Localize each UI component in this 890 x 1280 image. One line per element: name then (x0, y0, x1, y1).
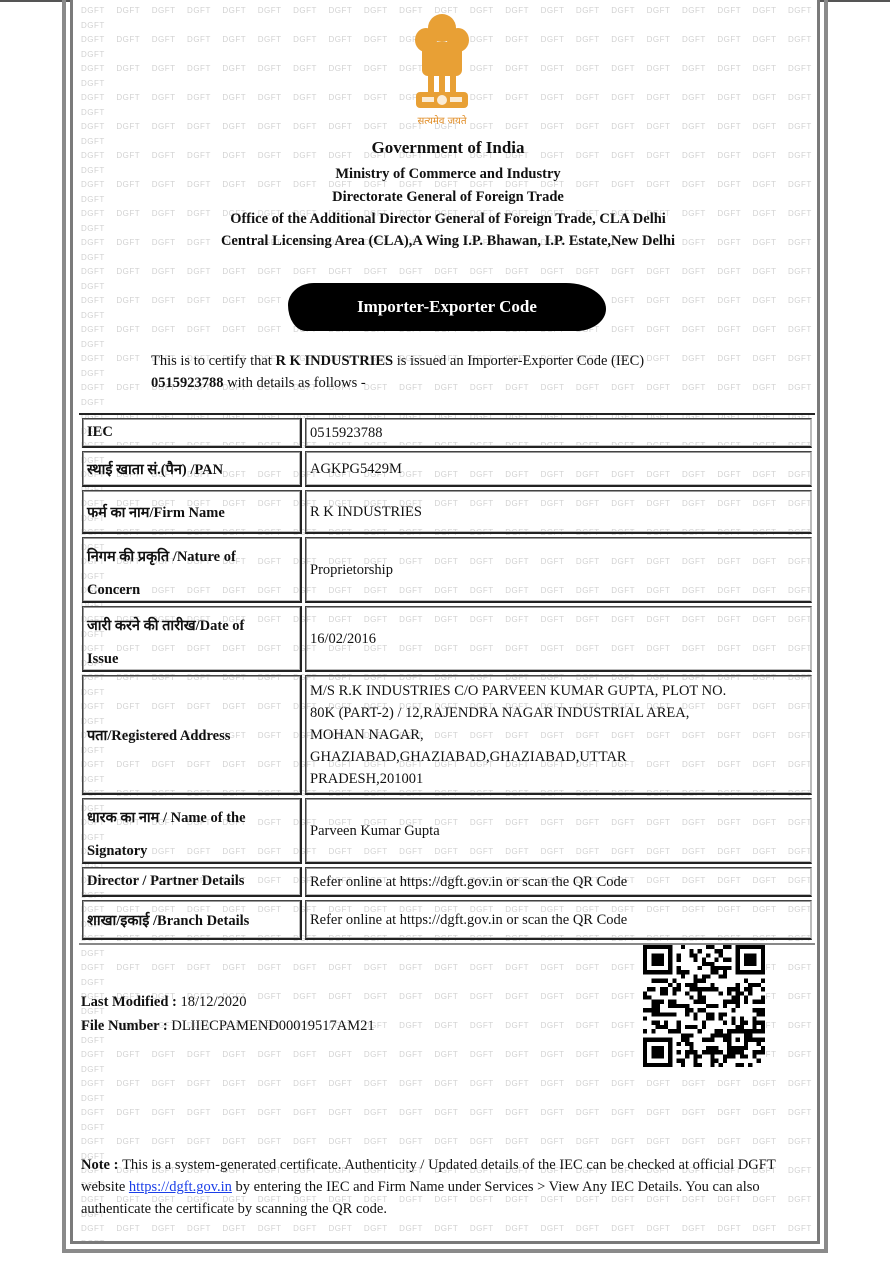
header-office: Office of the Additional Director Genera… (73, 211, 820, 228)
field-label-line: Signatory (87, 843, 147, 860)
field-label: फर्म का नाम/Firm Name (82, 490, 302, 534)
table-row: शाखा/इकाई /Branch DetailsRefer online at… (82, 900, 812, 940)
field-value-line: M/S R.K INDUSTRIES C/O PARVEEN KUMAR GUP… (310, 680, 726, 702)
field-label: स्थाई खाता सं.(पैन) /PAN (82, 451, 302, 487)
header-government: Government of India (73, 138, 820, 158)
field-label: पता/Registered Address (82, 675, 302, 795)
field-label-line: धारक का नाम / Name of the (87, 807, 246, 827)
table-row: धारक का नाम / Name of theSignatoryParvee… (82, 798, 812, 864)
certify-firm-name: R K INDUSTRIES (275, 353, 393, 369)
last-modified-value: 18/12/2020 (180, 994, 246, 1010)
field-value: 16/02/2016 (305, 606, 812, 672)
certify-suffix: with details as follows - (224, 375, 366, 391)
last-modified: Last Modified : 18/12/2020 (81, 994, 247, 1011)
state-emblem-icon: सत्यमेव जयते (402, 6, 482, 130)
field-label: Director / Partner Details (82, 867, 302, 897)
field-label-line: Issue (87, 651, 118, 668)
field-value-line: 80K (PART-2) / 12,RAJENDRA NAGAR INDUSTR… (310, 702, 726, 724)
table-row: निगम की प्रकृति /Nature ofConcernProprie… (82, 537, 812, 603)
certificate-page: DGFT DGFT DGFT DGFT DGFT DGFT DGFT DGFT … (70, 0, 820, 1244)
field-label-line: Concern (87, 582, 140, 599)
field-value-line: Parveen Kumar Gupta (310, 820, 440, 842)
field-label-line: Director / Partner Details (87, 873, 244, 890)
field-label: जारी करने की तारीख/Date ofIssue (82, 606, 302, 672)
certify-prefix: This is to certify that (151, 353, 275, 369)
dgft-website-link[interactable]: https://dgft.gov.in (129, 1179, 232, 1195)
field-label: शाखा/इकाई /Branch Details (82, 900, 302, 940)
file-number-value: DLIIECPAMEND00019517AM21 (171, 1018, 374, 1034)
field-label-line: फर्म का नाम/Firm Name (87, 502, 225, 522)
field-value: R K INDUSTRIES (305, 490, 812, 534)
field-value: AGKPG5429M (305, 451, 812, 487)
table-row: Director / Partner DetailsRefer online a… (82, 867, 812, 897)
last-modified-label: Last Modified : (81, 994, 180, 1010)
field-label-line: पता/Registered Address (87, 725, 230, 745)
field-value-line: GHAZIABAD,GHAZIABAD,GHAZIABAD,UTTAR (310, 746, 726, 768)
iec-details-table: IEC0515923788स्थाई खाता सं.(पैन) /PANAGK… (79, 413, 815, 945)
table-row: IEC0515923788 (82, 418, 812, 448)
certify-middle: is issued an Importer-Exporter Code (IEC… (393, 353, 644, 369)
note-label: Note : (81, 1157, 122, 1173)
table-row: फर्म का नाम/Firm NameR K INDUSTRIES (82, 490, 812, 534)
svg-text:सत्यमेव जयते: सत्यमेव जयते (417, 115, 466, 127)
file-number: File Number : DLIIECPAMEND00019517AM21 (81, 1018, 375, 1035)
field-value: Refer online at https://dgft.gov.in or s… (305, 867, 812, 897)
field-value-line: MOHAN NAGAR, (310, 724, 726, 746)
header-address: Central Licensing Area (CLA),A Wing I.P.… (73, 233, 820, 250)
table-row: जारी करने की तारीख/Date ofIssue16/02/201… (82, 606, 812, 672)
field-value: Proprietorship (305, 537, 812, 603)
field-value-line: Refer online at https://dgft.gov.in or s… (310, 871, 627, 893)
field-label-line: जारी करने की तारीख/Date of (87, 615, 244, 635)
field-label-line: IEC (87, 424, 113, 441)
field-value-line: 16/02/2016 (310, 628, 376, 650)
footer-note: Note : This is a system-generated certif… (81, 1154, 801, 1220)
field-value-line: 0515923788 (310, 422, 383, 444)
table-row: पता/Registered AddressM/S R.K INDUSTRIES… (82, 675, 812, 795)
field-value-line: Refer online at https://dgft.gov.in or s… (310, 909, 627, 931)
certificate-title: Importer-Exporter Code (357, 297, 537, 317)
table-row: स्थाई खाता सं.(पैन) /PANAGKPG5429M (82, 451, 812, 487)
qr-code-icon[interactable] (643, 945, 765, 1067)
field-label: धारक का नाम / Name of theSignatory (82, 798, 302, 864)
field-value-line: Proprietorship (310, 559, 393, 581)
field-value-line: R K INDUSTRIES (310, 501, 422, 523)
field-value: Parveen Kumar Gupta (305, 798, 812, 864)
file-number-label: File Number : (81, 1018, 171, 1034)
header-ministry: Ministry of Commerce and Industry (73, 166, 820, 183)
certify-iec-number: 0515923788 (151, 375, 224, 391)
field-value: M/S R.K INDUSTRIES C/O PARVEEN KUMAR GUP… (305, 675, 812, 795)
field-label-line: निगम की प्रकृति /Nature of (87, 546, 236, 566)
field-value: Refer online at https://dgft.gov.in or s… (305, 900, 812, 940)
field-label: IEC (82, 418, 302, 448)
field-label-line: स्थाई खाता सं.(पैन) /PAN (87, 459, 223, 479)
field-label: निगम की प्रकृति /Nature ofConcern (82, 537, 302, 603)
field-value-line: PRADESH,201001 (310, 768, 726, 790)
field-label-line: शाखा/इकाई /Branch Details (87, 910, 249, 930)
certificate-title-banner: Importer-Exporter Code (288, 283, 606, 331)
header-directorate: Directorate General of Foreign Trade (73, 189, 820, 206)
field-value: 0515923788 (305, 418, 812, 448)
field-value-line: AGKPG5429M (310, 458, 402, 480)
certification-statement: This is to certify that R K INDUSTRIES i… (151, 350, 751, 394)
